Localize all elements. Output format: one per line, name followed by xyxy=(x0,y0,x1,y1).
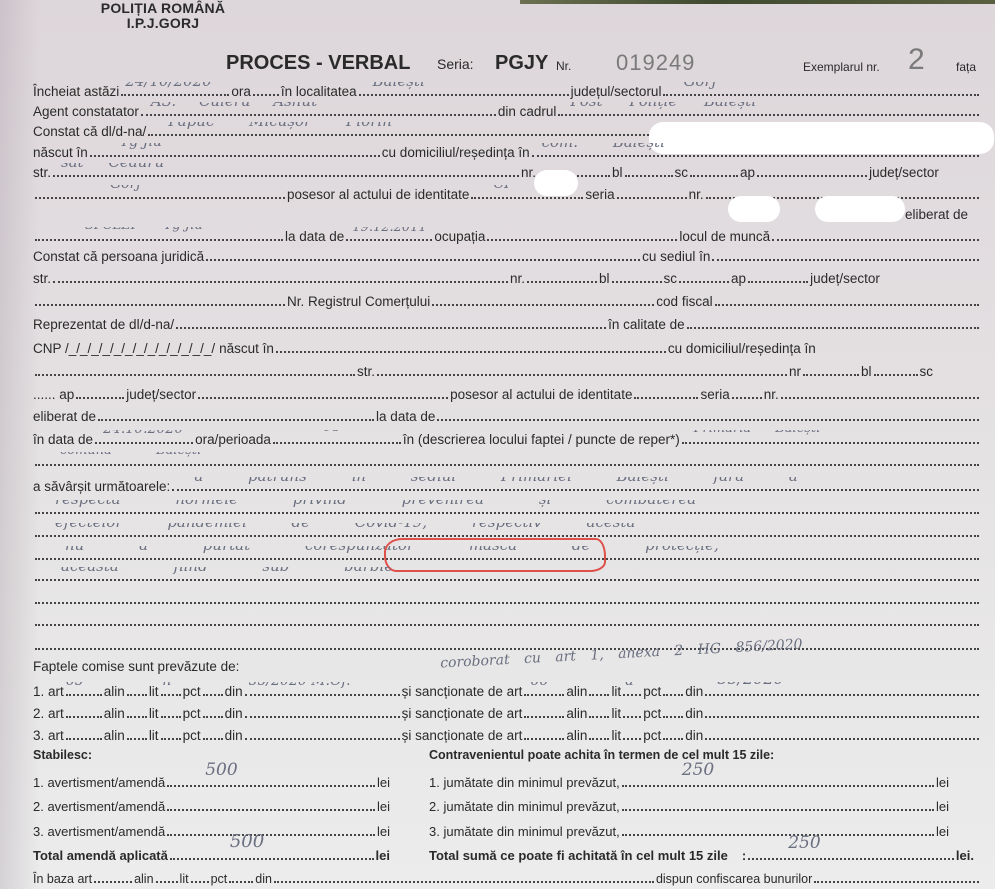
person-name-field[interactable]: Papuc Micușor Florin xyxy=(148,122,688,136)
half-total-value: 250 xyxy=(788,834,820,852)
sanc-alin-label: alin xyxy=(566,727,587,744)
issued-by-label-trailing: eliberat de xyxy=(905,207,968,222)
sc-label: sc xyxy=(675,164,689,181)
lit-value: h xyxy=(163,682,172,690)
concluded-date-field[interactable]: 24/10/2020 xyxy=(121,82,229,96)
row-desc-7 xyxy=(33,612,981,630)
fact-period-value: 08⁵⁰ xyxy=(323,430,352,436)
series-value: PGJY xyxy=(495,52,548,75)
workplace-field[interactable]: – xyxy=(772,227,979,241)
description-line-2[interactable]: respecta normele privind prevenirea și c… xyxy=(35,500,979,514)
legal-nr2-field[interactable] xyxy=(803,362,859,376)
agent-label: Agent constatator xyxy=(33,103,139,120)
fine-unit: lei xyxy=(377,798,390,816)
fact-period-field[interactable]: 08⁵⁰ xyxy=(273,430,401,444)
fines-heading-right: Contravenientul poate achita în termen d… xyxy=(429,748,774,762)
fact-place-label: în (descrierea locului faptei / puncte d… xyxy=(403,431,680,448)
born-field[interactable]: Tg-Jiu xyxy=(90,143,380,157)
lit-label: lit xyxy=(149,727,159,744)
row-fact-date: în data de 24.10.2020 ora/perioada 08⁵⁰ … xyxy=(33,430,981,448)
street-value: sat Ceauru xyxy=(61,163,164,171)
hq-field[interactable] xyxy=(712,247,979,261)
half-total-label: Total sumă ce poate fi achitată în cel m… xyxy=(429,847,728,865)
issued-date-label: la data de xyxy=(285,228,344,245)
fine-unit: lei xyxy=(377,823,390,841)
legal-sc-label: sc xyxy=(664,270,678,287)
lit-field[interactable]: h xyxy=(161,682,181,696)
document-number: 019249 xyxy=(616,50,695,76)
id-type-value: CI xyxy=(493,185,509,193)
fine-label: 2. avertisment/amendă xyxy=(33,798,165,816)
bl-field[interactable] xyxy=(625,163,673,177)
row-registry: Nr. Registrul Comerțului cod fiscal xyxy=(33,292,981,310)
half-row-3: 3. jumătate din minimul prevăzut, lei xyxy=(429,822,949,840)
fine-value: 500 xyxy=(205,761,237,779)
sanc-pct-field[interactable] xyxy=(663,704,683,718)
legal-sc2-label: sc xyxy=(920,363,934,380)
row-street: str. sat Ceauru nr. bl sc ap județ/secto… xyxy=(33,163,981,181)
alin-label: alin xyxy=(104,683,125,700)
legal-issued-field[interactable] xyxy=(98,407,374,421)
unit-value: Post Poliție Bălești xyxy=(570,102,756,110)
concluded-date-value: 24/10/2020 xyxy=(125,82,211,90)
occupation-label: ocupația xyxy=(434,228,485,245)
article-index: 2. xyxy=(33,705,44,722)
fines-heading-left: Stabilesc: xyxy=(33,748,92,762)
row-legal-cnp: CNP /_/_/_/_/_/_/_/_/_/_/_/_/_/ născut î… xyxy=(33,339,981,357)
background-edge xyxy=(520,0,995,4)
sanc-label: și sancționate de art xyxy=(402,683,523,700)
legal-person-label: Constat că persoana juridică xyxy=(33,248,204,265)
hour-value: 08⁵⁵ xyxy=(253,82,280,84)
basis-label: În baza art xyxy=(33,870,92,887)
articles-heading: Faptele comise sunt prevăzute de: xyxy=(33,659,239,674)
confiscation-label: dispun confiscarea bunurilor xyxy=(656,870,812,887)
fact-place-cont-value: comuna Bălești xyxy=(60,452,201,460)
art-field[interactable] xyxy=(66,726,102,740)
description-line-7[interactable] xyxy=(35,612,979,626)
unit-field[interactable]: Post Poliție Bălești xyxy=(558,102,979,116)
row-desc-2: respecta normele privind prevenirea și c… xyxy=(33,500,981,518)
legal-nr2-label: nr xyxy=(789,363,801,380)
basis-alin-field[interactable] xyxy=(156,869,178,883)
basis-art-field[interactable] xyxy=(94,869,132,883)
row-legal-street: str. nr. bl sc ap județ/sector xyxy=(33,269,981,287)
legal-id-holder-label: posesor al actului de identitate xyxy=(450,386,632,403)
number-label: Nr. xyxy=(556,59,571,73)
art-label: art xyxy=(48,727,64,744)
half-field[interactable] xyxy=(622,797,934,811)
agent-field[interactable]: AS. Culeru Ashut xyxy=(141,102,496,116)
county-field[interactable]: Gorj xyxy=(663,82,979,96)
fine-label: 1. avertisment/amendă xyxy=(33,774,165,792)
row-legal-person: Constat că persoana juridică cu sediul î… xyxy=(33,247,981,265)
article-row-2: 2. art alin lit pct din și sancționate d… xyxy=(33,704,981,722)
ap-label: ap xyxy=(740,164,755,181)
row-issued: SPCLEP Tg-Jiu la data de 19.12.2011 ocup… xyxy=(33,227,981,245)
half-unit: lei xyxy=(936,823,949,841)
article-index: 3. xyxy=(33,727,44,744)
legal-county-label: județ/sector xyxy=(810,270,880,287)
sanc-art-value: 66 xyxy=(530,682,548,690)
fine-total-label: Total amendă aplicată xyxy=(33,847,168,865)
legal-bl-label: bl xyxy=(599,270,610,287)
fact-place-cont-field[interactable]: comuna Bălești xyxy=(35,452,979,466)
sanc-art-field[interactable]: 66 xyxy=(524,682,564,696)
sc-field[interactable] xyxy=(690,163,738,177)
legal-residence-label: cu domiciliul/reședința în xyxy=(668,340,816,357)
fine-row-2: 2. avertisment/amendă lei xyxy=(33,797,390,815)
legal-issued-date-label: la data de xyxy=(376,408,435,425)
art-label: art xyxy=(48,683,64,700)
article-index: 1. xyxy=(33,683,44,700)
din-label: din xyxy=(225,705,243,722)
lit-label: lit xyxy=(149,705,159,722)
half-row-2: 2. jumătate din minimul prevăzut, lei xyxy=(429,797,949,815)
row-represented: Reprezentat de dl/d-na/ în calitate de xyxy=(33,315,981,333)
born-label: născut în xyxy=(33,144,88,161)
half-label: 1. jumătate din minimul prevăzut, xyxy=(429,774,620,792)
county-sector-label: județ/sector xyxy=(869,164,939,181)
issued-date-value: 19.12.2011 xyxy=(352,227,426,237)
row-legal-street2: str. nr bl sc xyxy=(33,362,981,380)
row-desc-5: aceasta fiind sub bărbie xyxy=(33,567,981,585)
pct-field[interactable] xyxy=(203,704,223,718)
org-line-2: I.P.J.GORJ xyxy=(78,16,248,31)
pct-label: pct xyxy=(183,727,201,744)
legal-bl-field[interactable] xyxy=(612,269,662,283)
street-label: str. xyxy=(33,164,51,181)
workplace-value: – xyxy=(790,227,797,233)
description-text-3: efectelor pandemiei de Covid-19, respect… xyxy=(55,523,635,531)
fine-row-3: 3. avertisment/amendă lei xyxy=(33,822,390,840)
locality-value: Bălești xyxy=(373,82,425,90)
street-field[interactable]: sat Ceauru xyxy=(53,163,519,177)
copy-label: Exemplarul nr. xyxy=(803,60,880,74)
registry-field[interactable] xyxy=(432,292,654,306)
legal-person-field[interactable] xyxy=(206,247,640,261)
quality-field[interactable] xyxy=(687,315,979,329)
half-field[interactable] xyxy=(622,822,934,836)
row-born: născut în Tg-Jiu cu domiciliul/reședința… xyxy=(33,143,981,161)
legal-nr3-label: nr. xyxy=(764,386,779,403)
county-label: județul/sectorul xyxy=(571,83,662,100)
sanc-alin-label: alin xyxy=(566,705,587,722)
art-label: art xyxy=(48,705,64,722)
sanc-lit-label: lit xyxy=(611,683,621,700)
hour-label: ora xyxy=(231,83,251,100)
alin-field[interactable] xyxy=(127,704,147,718)
sanc-pct-label: pct xyxy=(643,727,661,744)
born-value: Tg-Jiu xyxy=(120,143,162,151)
description-line-1[interactable]: a pătruns în sediul Primăriei Bălești fă… xyxy=(172,477,979,491)
sanc-alin-label: alin xyxy=(566,683,587,700)
half-unit: lei xyxy=(936,774,949,792)
residence-value: com. Bălești xyxy=(542,143,665,151)
legal-bl2-field[interactable] xyxy=(874,362,918,376)
sanc-din-value: 55/2020 xyxy=(717,682,783,688)
legal-id-field[interactable] xyxy=(634,385,698,399)
fine-row-1: 1. avertisment/amendă 500 lei xyxy=(33,773,390,791)
series-label: Seria: xyxy=(437,56,474,72)
legal-county2-field[interactable] xyxy=(198,385,448,399)
sanc-alin-field[interactable] xyxy=(589,704,609,718)
legal-residence-field[interactable] xyxy=(35,362,355,376)
agent-value: AS. Culeru Ashut xyxy=(151,102,317,110)
lit-label: lit xyxy=(149,683,159,700)
fine-total-row: Total amendă aplicată 500 lei xyxy=(33,846,390,864)
sanc-alin-field[interactable] xyxy=(589,726,609,740)
legal-nr-label: nr. xyxy=(510,270,525,287)
basis-din-label: din xyxy=(255,870,272,887)
row-agent: Agent constatator AS. Culeru Ashut din c… xyxy=(33,102,981,120)
half-unit: lei xyxy=(936,798,949,816)
description-line-6[interactable] xyxy=(35,590,979,604)
id-holder-label: posesor al actului de identitate xyxy=(287,186,469,203)
fact-place-value: Primăria Bălești xyxy=(694,430,821,438)
registry-label: Nr. Registrul Comerțului xyxy=(287,293,430,310)
sanc-pct-field[interactable] xyxy=(663,726,683,740)
legal-street-field[interactable] xyxy=(53,269,508,283)
sanc-pct-field[interactable] xyxy=(663,682,683,696)
fiscal-label: cod fiscal xyxy=(656,293,712,310)
legal-born-field[interactable] xyxy=(276,339,666,353)
legal-nr3-field[interactable] xyxy=(781,385,979,399)
person-name-value: Papuc Micușor Florin xyxy=(168,122,392,130)
sanc-label: și sancționate de art xyxy=(402,705,523,722)
din-value: 55/2020 M.Of. xyxy=(249,682,351,690)
workplace-label: locul de muncă xyxy=(679,228,770,245)
residence-field[interactable]: com. Bălești xyxy=(532,143,979,157)
description-text-5: aceasta fiind sub bărbie xyxy=(61,567,393,575)
fine-field[interactable]: 500 xyxy=(167,773,375,787)
sanc-lit-field[interactable] xyxy=(623,704,641,718)
art-value: 65 xyxy=(66,682,84,690)
half-value: 250 xyxy=(682,761,714,779)
sanc-lit-label: lit xyxy=(611,727,621,744)
quality-label: în calitate de xyxy=(608,316,685,333)
legal-issued-label: eliberat de xyxy=(33,408,96,425)
issued-by-value: SPCLEP Tg-Jiu xyxy=(85,227,203,235)
alin-field[interactable] xyxy=(127,726,147,740)
half-total-field[interactable]: 250 xyxy=(748,846,954,860)
fact-place-field[interactable]: Primăria Bălești xyxy=(682,430,979,444)
locality-field[interactable]: Bălești xyxy=(359,82,569,96)
row-basis: În baza art alin lit pct din dispun conf… xyxy=(33,869,981,887)
sanc-din-label: din xyxy=(685,727,703,744)
alin-label: alin xyxy=(104,727,125,744)
pct-label: pct xyxy=(183,683,201,700)
legal-county2-label: județ/sector xyxy=(126,386,196,403)
sanc-label: și sancționate de art xyxy=(402,727,523,744)
sanc-lit-value: a xyxy=(625,682,633,690)
org-line-1: POLIȚIA ROMÂNĂ xyxy=(78,1,248,16)
person-label: Constat că dl/d-na/ xyxy=(33,123,146,140)
legal-street2-label: str. xyxy=(357,363,375,380)
row-concluded: Încheiat astăzi 24/10/2020 ora 08⁵⁵ în l… xyxy=(33,82,981,100)
basis-pct-field[interactable] xyxy=(229,869,253,883)
lit-field[interactable] xyxy=(161,704,181,718)
half-field[interactable]: 250 xyxy=(622,773,934,787)
confiscation-field[interactable] xyxy=(814,869,979,883)
description-line-5[interactable]: aceasta fiind sub bărbie xyxy=(35,567,979,581)
fine-total-field[interactable]: 500 xyxy=(170,846,374,860)
issued-by-field[interactable]: SPCLEP Tg-Jiu xyxy=(35,227,283,241)
row-fact-place-cont: comuna Bălești xyxy=(33,452,981,470)
id-series-field[interactable] xyxy=(617,185,687,199)
sanc-alin-field[interactable] xyxy=(589,682,609,696)
locality-label: în localitatea xyxy=(281,83,357,100)
fine-total-value: 500 xyxy=(230,833,264,851)
fine-total-unit: lei xyxy=(376,847,390,865)
din-field[interactable] xyxy=(245,704,400,718)
represented-label: Reprezentat de dl/d-na/ xyxy=(33,316,174,333)
legal-county-field[interactable] xyxy=(35,292,285,306)
description-line-3[interactable]: efectelor pandemiei de Covid-19, respect… xyxy=(35,523,979,537)
din-field[interactable] xyxy=(245,726,400,740)
article-row-1: 1. art 65 alin lit h pct din 55/2020 M.O… xyxy=(33,682,981,700)
sanc-pct-label: pct xyxy=(643,683,661,700)
redaction-id-series xyxy=(728,196,780,222)
sanc-pct-label: pct xyxy=(643,705,661,722)
legal-ap-label: ap xyxy=(731,270,746,287)
county-sector-value: Gorj xyxy=(110,185,141,193)
half-label: 2. jumătate din minimul prevăzut, xyxy=(429,798,620,816)
sanc-art-field[interactable] xyxy=(524,704,564,718)
legal-issued-date-field[interactable] xyxy=(437,407,979,421)
half-total-unit: lei. xyxy=(956,847,974,865)
bl-label: bl xyxy=(612,164,623,181)
hq-label: cu sediul în xyxy=(642,248,710,265)
redaction-id-nr xyxy=(815,196,905,222)
county-value: Gorj xyxy=(683,82,716,90)
lit-field[interactable] xyxy=(161,726,181,740)
art-field[interactable] xyxy=(66,704,102,718)
row-desc-6 xyxy=(33,590,981,608)
id-type-field[interactable]: CI xyxy=(471,185,583,199)
alin-label: alin xyxy=(104,705,125,722)
represented-field[interactable] xyxy=(176,315,606,329)
legal-bl2-label: bl xyxy=(861,363,872,380)
sanc-din-field[interactable]: 55/2020 xyxy=(705,682,979,696)
legal-street-label: str. xyxy=(33,270,51,287)
basis-lit-field[interactable] xyxy=(191,869,209,883)
id-nr-label: nr. xyxy=(689,186,704,203)
fine-field[interactable] xyxy=(167,822,375,836)
fact-date-value: 24.10.2020 xyxy=(103,430,183,438)
pct-field[interactable] xyxy=(203,726,223,740)
document-title: PROCES - VERBAL xyxy=(226,52,410,75)
pct-field[interactable] xyxy=(203,682,223,696)
legal-nr-field[interactable] xyxy=(527,269,597,283)
legal-series-field[interactable] xyxy=(732,385,762,399)
article-row-3: 3. art alin lit pct din și sancționate d… xyxy=(33,726,981,744)
din-label: din xyxy=(225,727,243,744)
description-text-1: a pătruns în sediul Primăriei Bălești fă… xyxy=(194,477,798,485)
committed-label: a săvârșit următoarele: xyxy=(33,478,170,495)
alin-field[interactable] xyxy=(127,682,147,696)
hour-field[interactable]: 08⁵⁵ xyxy=(253,82,279,96)
description-text-2: respecta normele privind prevenirea și c… xyxy=(55,500,696,508)
sanc-din-field[interactable] xyxy=(705,726,979,740)
fine-unit: lei xyxy=(377,774,390,792)
legal-ap2-field[interactable] xyxy=(76,385,124,399)
unit-label: din cadrul xyxy=(498,103,557,120)
basis-din-field[interactable] xyxy=(274,869,654,883)
legal-sc-field[interactable] xyxy=(679,269,729,283)
id-series-label: seria xyxy=(585,186,614,203)
org-name: POLIȚIA ROMÂNĂ I.P.J.GORJ xyxy=(78,1,248,31)
county-sector-field[interactable]: Gorj xyxy=(35,185,285,199)
occupation-field[interactable] xyxy=(487,227,677,241)
sanc-lit-field[interactable] xyxy=(623,726,641,740)
sanc-din-label: din xyxy=(685,705,703,722)
row-legal-issued: eliberat de la data de xyxy=(33,407,981,425)
basis-lit-label: lit xyxy=(180,870,189,887)
sanc-din-label: din xyxy=(685,683,703,700)
fact-date-field[interactable]: 24.10.2020 xyxy=(95,430,193,444)
basis-pct-label: pct xyxy=(211,870,228,887)
fact-period-label: ora/perioada xyxy=(195,431,271,448)
fact-date-label: în data de xyxy=(33,431,93,448)
sanc-lit-label: lit xyxy=(611,705,621,722)
basis-alin-label: alin xyxy=(134,870,153,887)
fiscal-field[interactable] xyxy=(715,292,979,306)
half-total-row: Total sumă ce poate fi achitată în cel m… xyxy=(429,846,974,864)
legal-ap-field[interactable] xyxy=(748,269,808,283)
legal-cnp-field[interactable]: CNP /_/_/_/_/_/_/_/_/_/_/_/_/_/ xyxy=(33,340,215,357)
legal-series-label: seria xyxy=(700,386,729,403)
art-field[interactable]: 65 xyxy=(66,682,102,696)
concluded-label: Încheiat astăzi xyxy=(33,83,119,100)
ap-field[interactable] xyxy=(757,163,867,177)
side-label: fața xyxy=(956,60,976,74)
copy-number: 2 xyxy=(908,43,925,77)
pct-label: pct xyxy=(183,705,201,722)
legal-born-label: născut în xyxy=(219,340,274,357)
din-field[interactable]: 55/2020 M.Of. xyxy=(245,682,400,696)
sanc-lit-field[interactable]: a xyxy=(623,682,641,696)
issued-date-field[interactable]: 19.12.2011 xyxy=(346,227,432,241)
sanc-din-field[interactable] xyxy=(705,704,979,718)
din-label: din xyxy=(225,683,243,700)
description-line-8[interactable] xyxy=(35,636,979,650)
row-legal-ap: ...... ap județ/sector posesor al actulu… xyxy=(33,385,981,403)
legal-ap2-label: ...... ap xyxy=(33,386,74,403)
fine-field[interactable] xyxy=(167,797,375,811)
sanc-art-field[interactable] xyxy=(524,726,564,740)
fine-label: 3. avertisment/amendă xyxy=(33,823,165,841)
half-row-1: 1. jumătate din minimul prevăzut, 250 le… xyxy=(429,773,949,791)
half-label: 3. jumătate din minimul prevăzut, xyxy=(429,823,620,841)
residence-label: cu domiciliul/reședința în xyxy=(382,144,530,161)
legal-street2-field[interactable] xyxy=(377,362,787,376)
row-committed: a săvârșit următoarele: a pătruns în sed… xyxy=(33,477,981,495)
